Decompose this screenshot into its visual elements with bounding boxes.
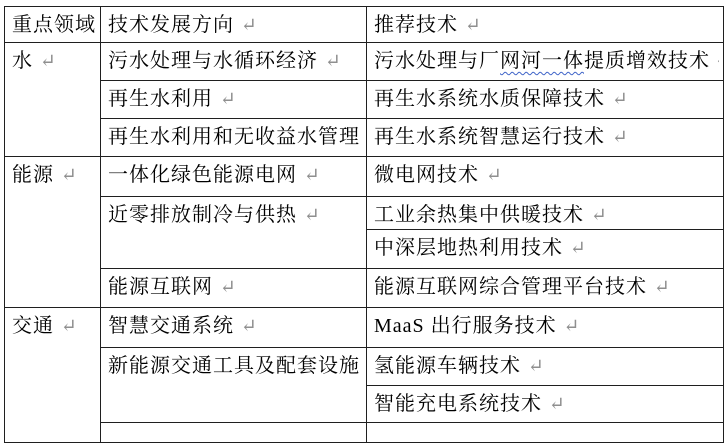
table-cell[interactable]: 中深层地热利用技术↵	[367, 230, 724, 269]
paragraph-mark-icon: ↵	[61, 316, 77, 337]
table-row: 能源互联网↵能源互联网综合管理平台技术↵	[5, 269, 724, 308]
paragraph-mark-icon: ↵	[465, 15, 481, 36]
table-cell[interactable]: 能源↵	[5, 157, 101, 308]
paragraph-mark-icon: ↵	[570, 238, 586, 259]
cell-text: 重点领域	[12, 14, 96, 36]
table-cell[interactable]: 污水处理与厂网河一体提质增效技术↵	[367, 43, 724, 81]
cell-text: 技术发展方向	[108, 14, 234, 36]
cell-text: 再生水系统智慧运行技术	[374, 126, 605, 148]
cell-text: 中深层地热利用技术	[374, 237, 563, 259]
cell-text: 再生水系统水质保障技术	[374, 88, 605, 110]
cell-text: 微电网技术	[374, 164, 479, 186]
paragraph-mark-icon: ↵	[486, 165, 502, 186]
header-cell[interactable]: 技术发展方向↵	[101, 7, 367, 43]
cell-text: 污水处理与厂网河一体提质增效技术	[374, 50, 710, 72]
table-cell[interactable]: 再生水利用和无收益水管理↵	[101, 119, 367, 157]
paragraph-mark-icon: ↵	[241, 15, 257, 36]
cell-text: 污水处理与水循环经济	[108, 50, 318, 72]
table-cell[interactable]: 工业余热集中供暖技术↵	[367, 197, 724, 230]
table-cell[interactable]: 水↵	[5, 43, 101, 157]
table-cell[interactable]: 智慧交通系统↵	[101, 308, 367, 348]
document-page: 重点领域技术发展方向↵推荐技术↵水↵污水处理与水循环经济↵污水处理与厂网河一体提…	[4, 6, 724, 426]
table-cell[interactable]: 能源互联网↵	[101, 269, 367, 308]
table-cell[interactable]: 智能充电系统技术↵	[367, 386, 724, 423]
cell-text: 再生水利用和无收益水管理	[108, 126, 360, 148]
cell-text: 智能充电系统技术	[374, 393, 542, 415]
paragraph-mark-icon: ↵	[612, 127, 628, 148]
cell-text: MaaS 出行服务技术	[374, 315, 557, 337]
paragraph-mark-icon: ↵	[40, 51, 56, 72]
table-cell[interactable]: 能源互联网综合管理平台技术↵	[367, 269, 724, 308]
paragraph-mark-icon: ↵	[325, 51, 341, 72]
cell-text: 能源互联网综合管理平台技术	[374, 276, 647, 298]
table-cell[interactable]: 一体化绿色能源电网↵	[101, 157, 367, 197]
table-cell[interactable]	[367, 423, 724, 427]
table-cell[interactable]: MaaS 出行服务技术↵	[367, 308, 724, 348]
paragraph-mark-icon: ↵	[591, 205, 607, 226]
cell-text: 新能源交通工具及配套设施	[108, 355, 360, 377]
table-cell[interactable]: 再生水系统智慧运行技术↵	[367, 119, 724, 157]
table-cell[interactable]: 交通↵	[5, 308, 101, 427]
table-cell[interactable]: 氢能源车辆技术↵	[367, 348, 724, 386]
table-cell[interactable]	[101, 423, 367, 427]
cell-text: 氢能源车辆技术	[374, 355, 521, 377]
table-row: 新能源交通工具及配套设施↵氢能源车辆技术↵	[5, 348, 724, 386]
table-row: 再生水利用和无收益水管理↵再生水系统智慧运行技术↵	[5, 119, 724, 157]
table-cell[interactable]: 微电网技术↵	[367, 157, 724, 197]
table-row: 近零排放制冷与供热↵工业余热集中供暖技术↵	[5, 197, 724, 230]
cell-text: 能源互联网	[108, 276, 213, 298]
table-cell[interactable]: 新能源交通工具及配套设施↵	[101, 348, 367, 423]
cell-text: 推荐技术	[374, 14, 458, 36]
table-cell[interactable]: 近零排放制冷与供热↵	[101, 197, 367, 269]
table-row: 重点领域技术发展方向↵推荐技术↵	[5, 7, 724, 43]
cell-text: 近零排放制冷与供热	[108, 204, 297, 226]
technology-table: 重点领域技术发展方向↵推荐技术↵水↵污水处理与水循环经济↵污水处理与厂网河一体提…	[4, 6, 724, 426]
paragraph-mark-icon: ↵	[549, 394, 565, 415]
table-row: 交通↵智慧交通系统↵MaaS 出行服务技术↵	[5, 308, 724, 348]
cell-text: 交通	[12, 315, 54, 337]
table-row: 再生水利用↵再生水系统水质保障技术↵	[5, 81, 724, 119]
cell-text: 水	[12, 50, 33, 72]
cell-text-plain: 污水处理与厂	[374, 50, 500, 72]
paragraph-mark-icon: ↵	[528, 356, 544, 377]
table-row	[5, 423, 724, 427]
table-row: 水↵污水处理与水循环经济↵污水处理与厂网河一体提质增效技术↵	[5, 43, 724, 81]
cell-text: 智慧交通系统	[108, 315, 234, 337]
cell-text-plain: 提质增效技术	[584, 50, 710, 72]
table-cell[interactable]: 污水处理与水循环经济↵	[101, 43, 367, 81]
paragraph-mark-icon: ↵	[61, 165, 77, 186]
cell-text: 工业余热集中供暖技术	[374, 204, 584, 226]
header-cell[interactable]: 重点领域	[5, 7, 101, 43]
table-cell[interactable]: 再生水利用↵	[101, 81, 367, 119]
table-row: 能源↵一体化绿色能源电网↵微电网技术↵	[5, 157, 724, 197]
header-cell[interactable]: 推荐技术↵	[367, 7, 724, 43]
paragraph-mark-icon: ↵	[304, 205, 320, 226]
paragraph-mark-icon: ↵	[220, 89, 236, 110]
paragraph-mark-icon: ↵	[612, 89, 628, 110]
paragraph-mark-icon: ↵	[654, 277, 670, 298]
paragraph-mark-icon: ↵	[220, 277, 236, 298]
paragraph-mark-icon: ↵	[564, 316, 580, 337]
cell-text: 能源	[12, 164, 54, 186]
paragraph-mark-icon: ↵	[304, 165, 320, 186]
table-cell[interactable]: 再生水系统水质保障技术↵	[367, 81, 724, 119]
cell-text: 再生水利用	[108, 88, 213, 110]
cell-text: 一体化绿色能源电网	[108, 164, 297, 186]
paragraph-mark-icon: ↵	[241, 316, 257, 337]
paragraph-mark-icon: ↵	[715, 49, 719, 73]
spellcheck-wavy-underline: 网河一体	[500, 50, 584, 72]
